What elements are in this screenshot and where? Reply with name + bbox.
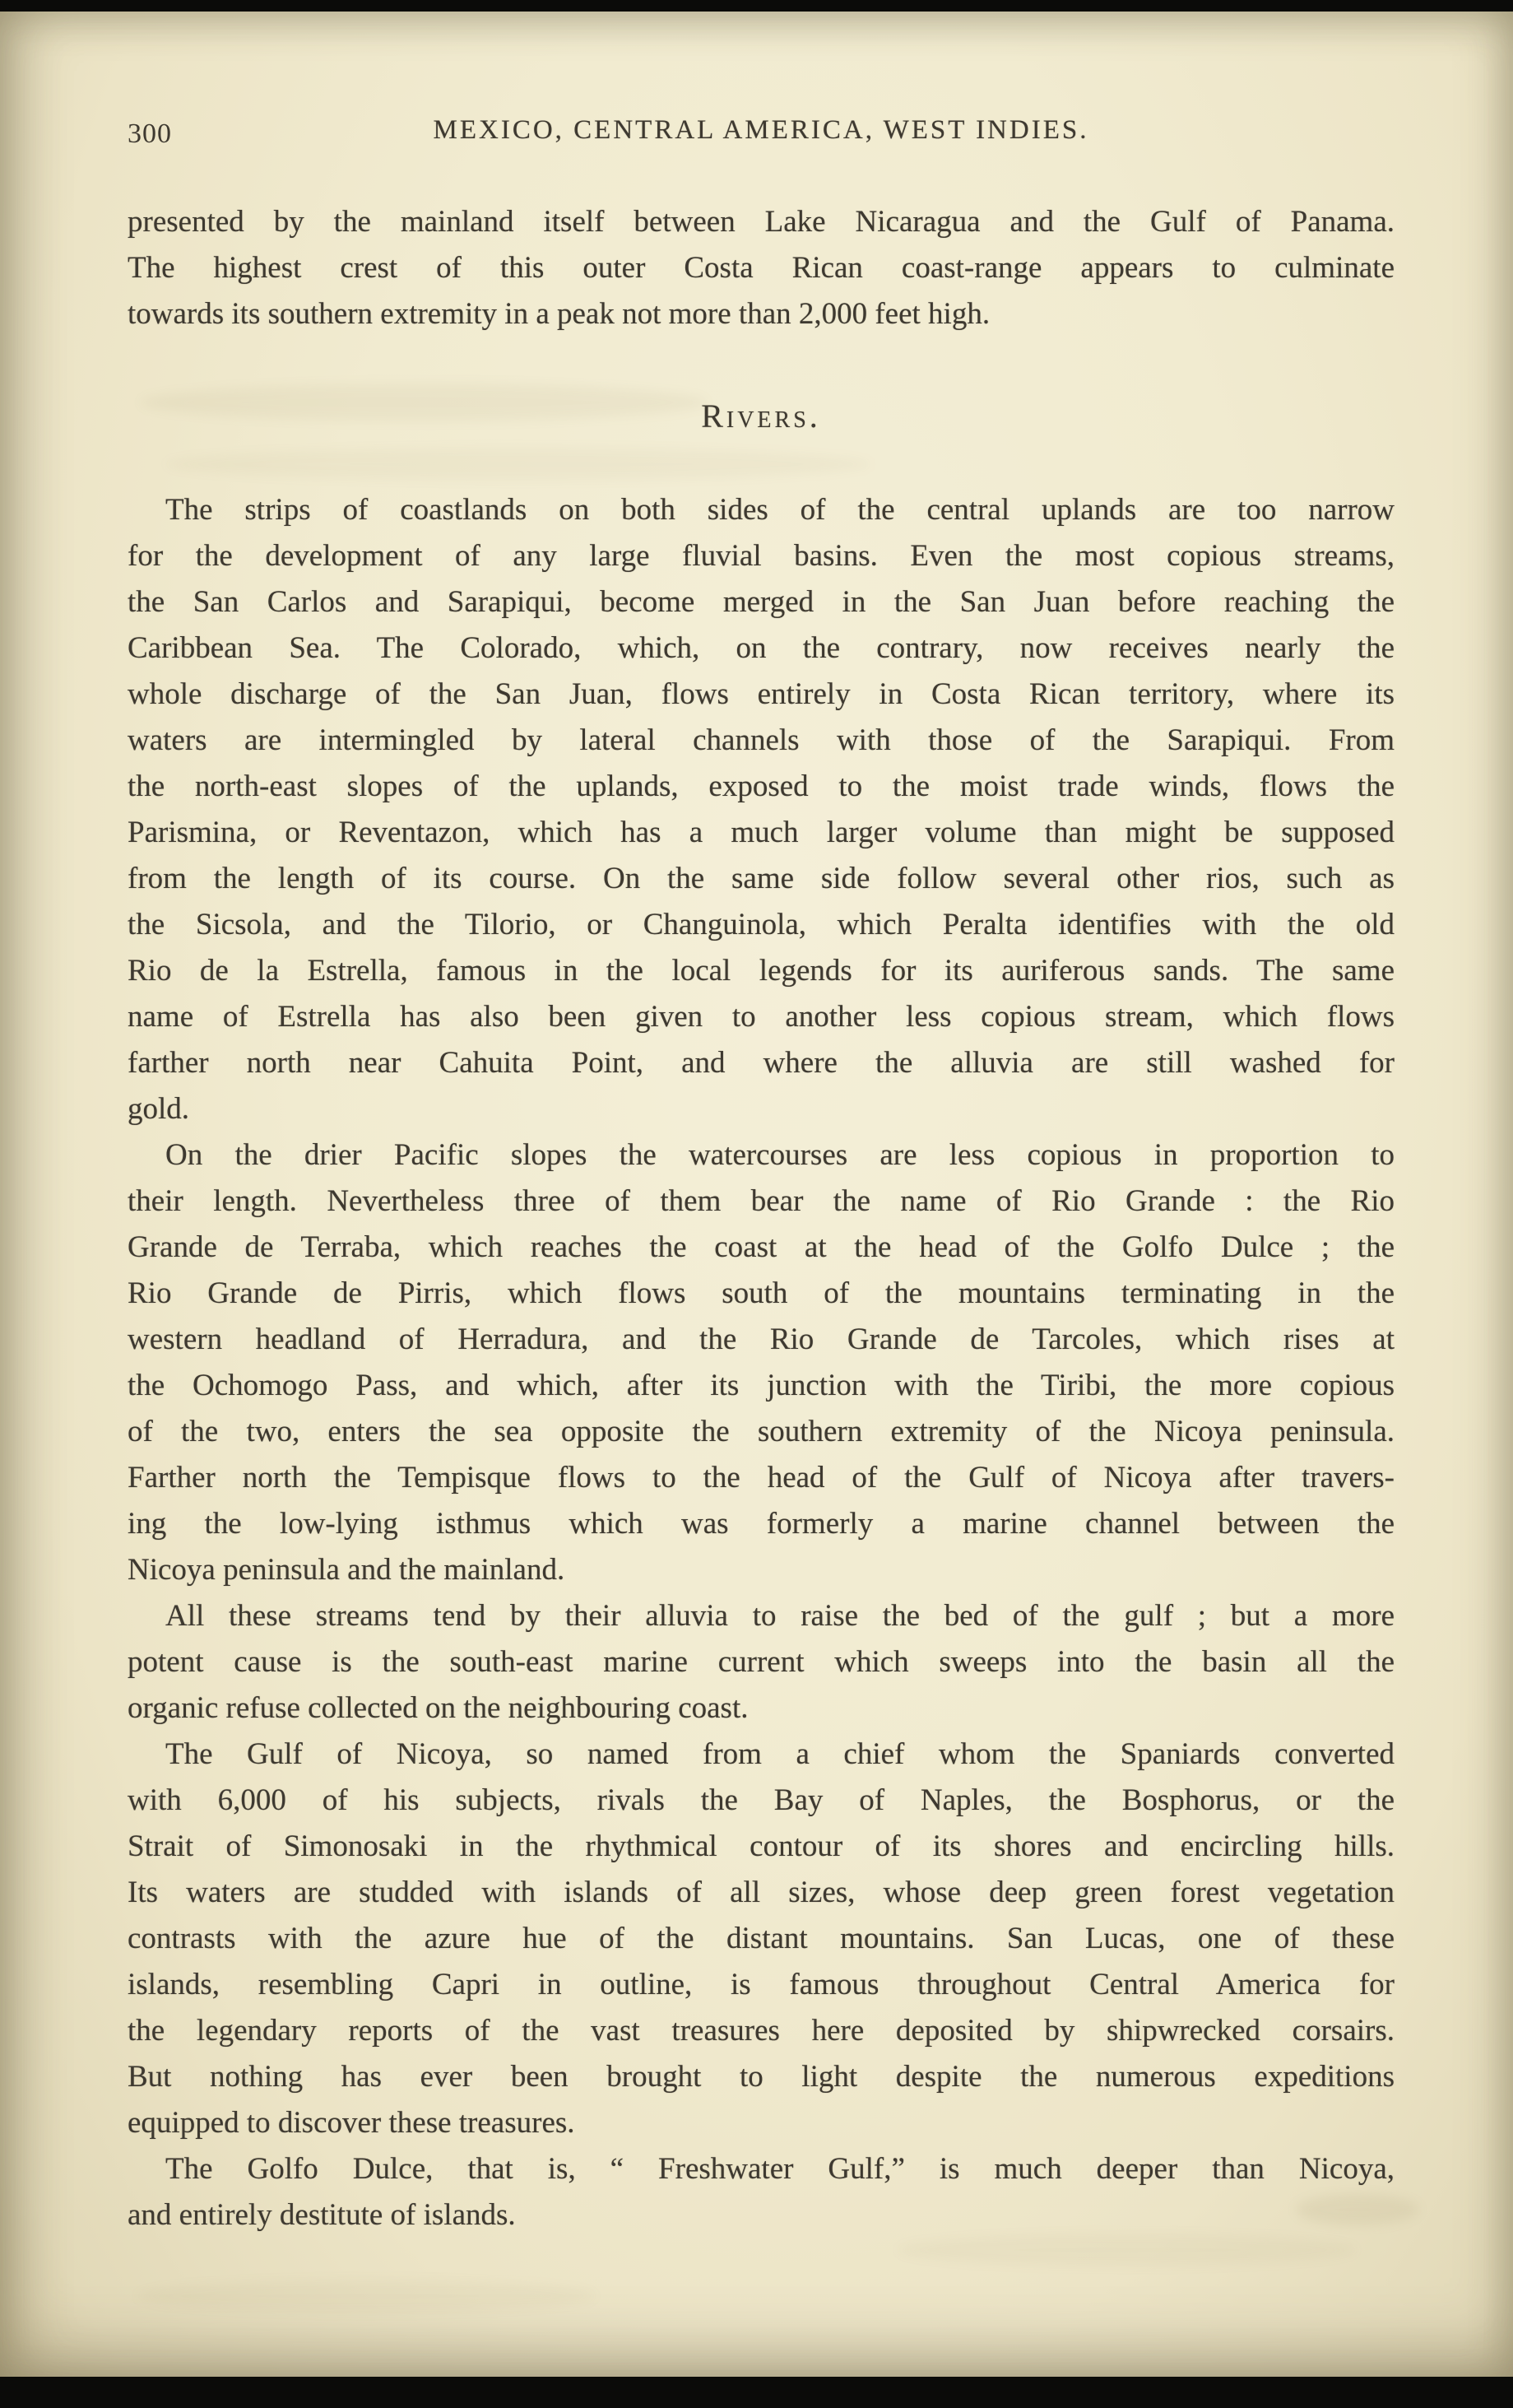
paragraph: The strips of coastlands on both sides o… [128,487,1395,1132]
text-line: their length. Nevertheless three of them… [128,1178,1395,1225]
text-line: potent cause is the south-east marine cu… [128,1639,1395,1685]
text-line: the San Carlos and Sarapiqui, become mer… [128,579,1395,625]
text-line: the Ochomogo Pass, and which, after its … [128,1363,1395,1409]
text-line: whole discharge of the San Juan, flows e… [128,672,1395,718]
text-line: waters are intermingled by lateral chann… [128,718,1395,764]
text-line: Rio de la Estrella, famous in the local … [128,948,1395,994]
page-header: 300 MEXICO, CENTRAL AMERICA, WEST INDIES… [128,115,1395,151]
text-line: from the length of its course. On the sa… [128,856,1395,902]
scan-edge-top [0,0,1513,12]
paragraph: All these streams tend by their alluvia … [128,1593,1395,1732]
body-text: presented by the mainland itself between… [128,199,1395,2238]
paragraph: presented by the mainland itself between… [128,199,1395,337]
text-line: name of Estrella has also been given to … [128,994,1395,1040]
text-line: organic refuse collected on the neighbou… [128,1685,1395,1732]
scan-edge-bottom [0,2377,1513,2408]
text-line: On the drier Pacific slopes the watercou… [128,1132,1395,1178]
text-line: with 6,000 of his subjects, rivals the B… [128,1778,1395,1824]
text-line: Farther north the Tempisque flows to the… [128,1455,1395,1501]
text-line: contrasts with the azure hue of the dist… [128,1916,1395,1962]
text-line: the Sicsola, and the Tilorio, or Changui… [128,902,1395,948]
text-line: ing the low-lying isthmus which was form… [128,1501,1395,1547]
text-line: farther north near Cahuita Point, and wh… [128,1040,1395,1086]
text-line: The Golfo Dulce, that is, “ Freshwater G… [128,2146,1395,2192]
text-line: But nothing has ever been brought to lig… [128,2054,1395,2100]
text-line: towards its southern extremity in a peak… [128,291,1395,337]
text-line: The highest crest of this outer Costa Ri… [128,245,1395,291]
text-line: for the development of any large fluvial… [128,533,1395,579]
text-line: Parismina, or Reventazon, which has a mu… [128,810,1395,856]
text-line: The strips of coastlands on both sides o… [128,487,1395,533]
paper: 300 MEXICO, CENTRAL AMERICA, WEST INDIES… [0,12,1513,2377]
text-line: the legendary reports of the vast treasu… [128,2008,1395,2054]
text-line: gold. [128,1086,1395,1132]
paragraph: The Gulf of Nicoya, so named from a chie… [128,1732,1395,2146]
scanned-book-page: 300 MEXICO, CENTRAL AMERICA, WEST INDIES… [0,0,1513,2408]
text-line: equipped to discover these treasures. [128,2100,1395,2146]
text-line: Nicoya peninsula and the mainland. [128,1547,1395,1593]
page-number: 300 [128,119,172,150]
text-line: islands, resembling Capri in outline, is… [128,1962,1395,2008]
text-line: All these streams tend by their alluvia … [128,1593,1395,1639]
text-line: presented by the mainland itself between… [128,199,1395,245]
text-line: and entirely destitute of islands. [128,2192,1395,2238]
text-line: Grande de Terraba, which reaches the coa… [128,1225,1395,1271]
running-title: MEXICO, CENTRAL AMERICA, WEST INDIES. [128,115,1395,146]
text-line: western headland of Herradura, and the R… [128,1317,1395,1363]
ink-bleed-mark [136,2280,596,2313]
paragraph: On the drier Pacific slopes the watercou… [128,1132,1395,1593]
text-line: Caribbean Sea. The Colorado, which, on t… [128,625,1395,672]
text-line: the north-east slopes of the uplands, ex… [128,764,1395,810]
text-line: Rio Grande de Pirris, which flows south … [128,1271,1395,1317]
paragraph: The Golfo Dulce, that is, “ Freshwater G… [128,2146,1395,2238]
text-line: Its waters are studded with islands of a… [128,1870,1395,1916]
ink-bleed-mark [897,2234,1358,2266]
text-line: of the two, enters the sea opposite the … [128,1409,1395,1455]
section-heading: Rivers. [128,398,1395,435]
text-line: Strait of Simonosaki in the rhythmical c… [128,1824,1395,1870]
text-line: The Gulf of Nicoya, so named from a chie… [128,1732,1395,1778]
